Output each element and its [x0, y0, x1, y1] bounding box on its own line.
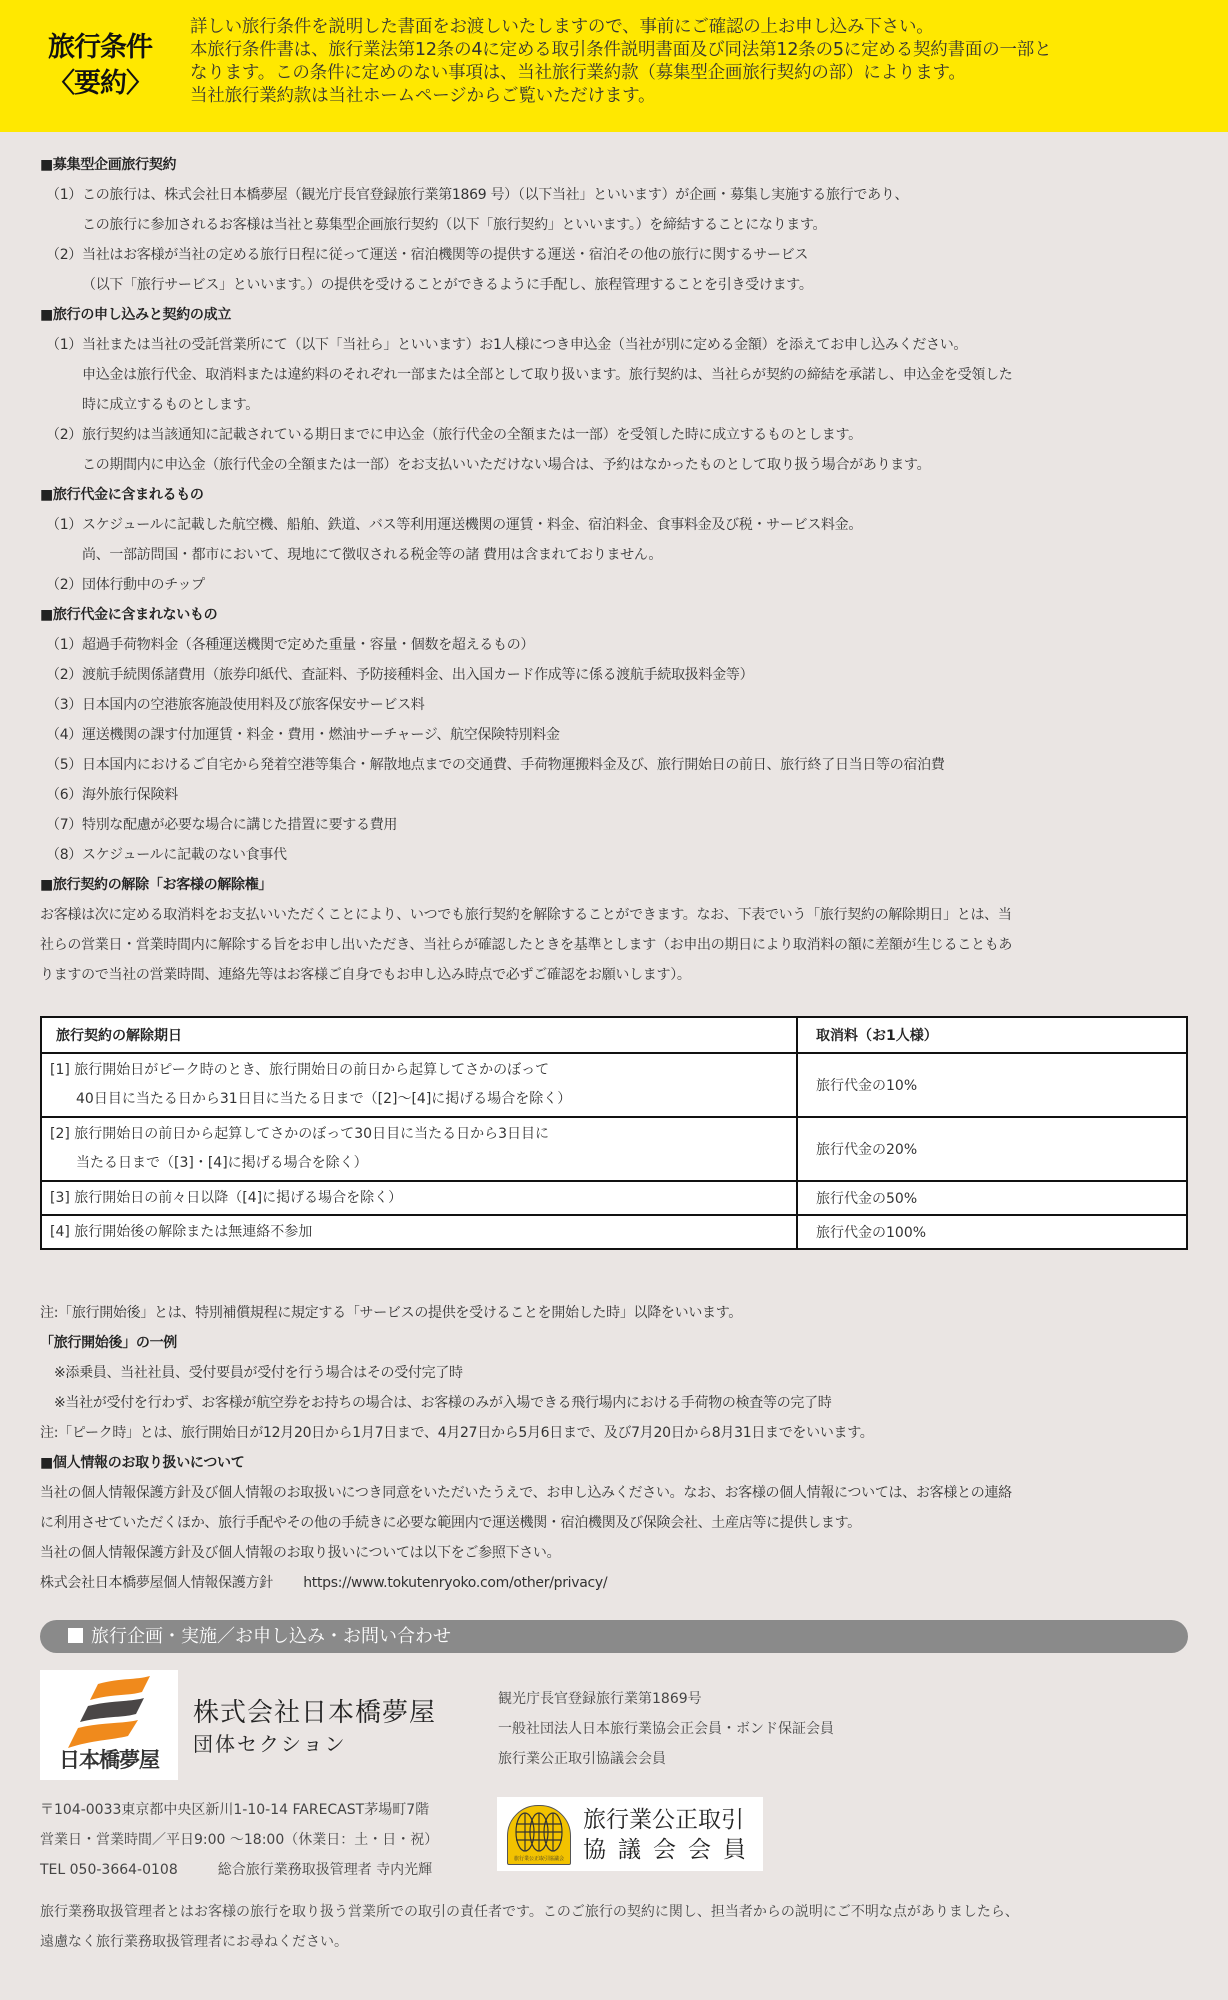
intro-line: 当社旅行業約款は当社ホームページからご覧いただけます。 — [190, 85, 1210, 108]
fee-cell: 旅行代金の100% — [797, 1215, 1187, 1249]
period-text: [3] 旅行開始日の前々日以降（[4]に掲げる場合を除く） — [50, 1184, 788, 1213]
table-row: [4] 旅行開始後の解除または無連絡不参加 旅行代金の100% — [41, 1215, 1187, 1249]
example-item: ※添乗員、当社社員、受付要員が受付を行う場合はその受付完了時 — [40, 1358, 1190, 1388]
terms-content: ■募集型企画旅行契約 （1）この旅行は、株式会社日本橋夢屋（観光庁長官登録旅行業… — [40, 150, 1190, 990]
clause-line: （2）団体行動中のチップ — [40, 570, 1190, 600]
fair-trade-council-badge: 旅行業公正取引協議会 旅行業公正取引 協議会会員 — [497, 1797, 763, 1871]
logo-wordmark: 日本橋夢屋 — [40, 1744, 178, 1774]
section-heading: ■個人情報のお取り扱いについて — [40, 1448, 1190, 1478]
section-not-included: ■旅行代金に含まれないもの （1）超過手荷物料金（各種運送機関で定めた重量・容量… — [40, 600, 1190, 870]
contact-info: 〒104-0033東京都中央区新川1-10-14 FARECAST茅場町7階 営… — [40, 1795, 438, 1885]
membership-item: 旅行業公正取引協議会会員 — [498, 1744, 834, 1774]
fee-cell: 旅行代金の10% — [797, 1053, 1187, 1117]
badge-line-2: 協議会会員 — [583, 1835, 758, 1865]
section-heading: ■旅行の申し込みと契約の成立 — [40, 300, 1190, 330]
section-heading: ■旅行代金に含まれないもの — [40, 600, 1190, 630]
business-hours: 営業日・営業時間／平日9:00 ～18:00（休業日：土・日・祝） — [40, 1825, 438, 1855]
column-header-fee: 取消料（お1人様） — [797, 1017, 1187, 1053]
period-text: [4] 旅行開始後の解除または無連絡不参加 — [50, 1218, 788, 1247]
table-row: [3] 旅行開始日の前々日以降（[4]に掲げる場合を除く） 旅行代金の50% — [41, 1181, 1187, 1215]
paragraph-line: 当社の個人情報保護方針及び個人情報のお取扱いにつき同意をいただいたうえで、お申し… — [40, 1478, 1190, 1508]
column-header-period: 旅行契約の解除期日 — [41, 1017, 797, 1053]
notes-section: 注:「旅行開始後」とは、特別補償規程に規定する「サービスの提供を受けることを開始… — [40, 1298, 1190, 1598]
clause-line: （1）この旅行は、株式会社日本橋夢屋（観光庁長官登録旅行業第1869 号）（以下… — [40, 180, 1190, 210]
company-logo: 日本橋夢屋 — [40, 1670, 178, 1780]
footer-note-line: 遠慮なく旅行業務取扱管理者にお尋ねください。 — [40, 1927, 1019, 1957]
paragraph-line: 当社の個人情報保護方針及び個人情報のお取り扱いについては以下をご参照下さい。 — [40, 1538, 1190, 1568]
clause-line: （1）当社または当社の受託営業所にて（以下「当社ら」といいます）お1人様につき申… — [40, 330, 1190, 360]
fee-cell: 旅行代金の50% — [797, 1181, 1187, 1215]
section-included: ■旅行代金に含まれるもの （1）スケジュールに記載した航空機、船舶、鉄道、バス等… — [40, 480, 1190, 600]
section-contract: ■募集型企画旅行契約 （1）この旅行は、株式会社日本橋夢屋（観光庁長官登録旅行業… — [40, 150, 1190, 300]
travel-manager: 総合旅行業務取扱管理者 寺内光輝 — [218, 1862, 432, 1878]
header-banner: 旅行条件 〈要約〉 詳しい旅行条件を説明した書面をお渡しいたしますので、事前にご… — [0, 0, 1228, 132]
list-item: （8）スケジュールに記載のない食事代 — [40, 840, 1190, 870]
clause-line: （2）旅行契約は当該通知に記載されている期日までに申込金（旅行代金の全額または一… — [40, 420, 1190, 450]
section-heading: ■旅行代金に含まれるもの — [40, 480, 1190, 510]
membership-item: 観光庁長官登録旅行業第1869号 — [498, 1684, 834, 1714]
period-text: [1] 旅行開始日がピーク時のとき、旅行開始日の前日から起算してさかのぼって — [50, 1056, 788, 1085]
clause-line: 尚、一部訪問国・都市において、現地にて徴収される税金等の諸 費用は含まれておりま… — [40, 540, 1190, 570]
example-item: ※当社が受付を行わず、お客様が航空券をお持ちの場合は、お客様のみが入場できる飛行… — [40, 1388, 1190, 1418]
globes-icon — [508, 1810, 570, 1854]
page-title: 旅行条件 〈要約〉 — [30, 30, 170, 102]
list-item: （1）超過手荷物料金（各種運送機関で定めた重量・容量・個数を超えるもの） — [40, 630, 1190, 660]
period-cell: [2] 旅行開始日の前日から起算してさかのぼって30日目に当たる日から3日目に … — [41, 1117, 797, 1181]
header-intro: 詳しい旅行条件を説明した書面をお渡しいたしますので、事前にご確認の上お申し込み下… — [190, 16, 1210, 108]
paragraph-line: 社らの営業日・営業時間内に解除する旨をお申し出いただき、当社らが確認したときを基… — [40, 930, 1190, 960]
period-text: 当たる日まで（[3]・[4]に掲げる場合を除く） — [50, 1149, 788, 1178]
clause-line: （以下「旅行サービス」といいます。）の提供を受けることができるように手配し、旅程… — [40, 270, 1190, 300]
period-text: [2] 旅行開始日の前日から起算してさかのぼって30日目に当たる日から3日目に — [50, 1120, 788, 1149]
footer-note: 旅行業務取扱管理者とはお客様の旅行を取り扱う営業所での取引の責任者です。このご旅… — [40, 1897, 1019, 1957]
paragraph-line: りますので当社の営業時間、連絡先等はお客様ご自身でもお申し込み時点で必ずご確認を… — [40, 960, 1190, 990]
list-item: （6）海外旅行保険料 — [40, 780, 1190, 810]
section-cancellation: ■旅行契約の解除「お客様の解除権」 お客様は次に定める取消料をお支払いいただくこ… — [40, 870, 1190, 990]
list-item: （2）渡航手続関係諸費用（旅券印紙代、査証料、予防接種料金、出入国カード作成等に… — [40, 660, 1190, 690]
address: 〒104-0033東京都中央区新川1-10-14 FARECAST茅場町7階 — [40, 1795, 438, 1825]
cancellation-fee-table: 旅行契約の解除期日 取消料（お1人様） [1] 旅行開始日がピーク時のとき、旅行… — [40, 1016, 1188, 1250]
privacy-policy-line: 株式会社日本橋夢屋個人情報保護方針 https://www.tokutenryo… — [40, 1568, 1190, 1598]
section-application: ■旅行の申し込みと契約の成立 （1）当社または当社の受託営業所にて（以下「当社ら… — [40, 300, 1190, 480]
list-item: （4）運送機関の課す付加運賃・料金・費用・燃油サーチャージ、航空保険特別料金 — [40, 720, 1190, 750]
clause-line: （2）当社はお客様が当社の定める旅行日程に従って運送・宿泊機関等の提供する運送・… — [40, 240, 1190, 270]
badge-text: 旅行業公正取引 協議会会員 — [583, 1805, 758, 1865]
company-name: 株式会社日本橋夢屋 — [193, 1692, 436, 1729]
period-cell: [3] 旅行開始日の前々日以降（[4]に掲げる場合を除く） — [41, 1181, 797, 1215]
section-heading: ■募集型企画旅行契約 — [40, 150, 1190, 180]
emblem-label: 旅行業公正取引協議会 — [510, 1855, 568, 1862]
note-travel-start: 注:「旅行開始後」とは、特別補償規程に規定する「サービスの提供を受けることを開始… — [40, 1298, 1190, 1328]
badge-line-1: 旅行業公正取引 — [583, 1805, 758, 1835]
clause-line: （1）スケジュールに記載した航空機、船舶、鉄道、バス等利用運送機関の運賃・料金、… — [40, 510, 1190, 540]
list-item: （5）日本国内におけるご自宅から発着空港等集合・解散地点までの交通費、手荷物運搬… — [40, 750, 1190, 780]
clause-line: この期間内に申込金（旅行代金の全額または一部）をお支払いいただけない場合は、予約… — [40, 450, 1190, 480]
intro-line: なります。この条件に定めのない事項は、当社旅行業約款（募集型企画旅行契約の部）に… — [190, 62, 1210, 85]
paragraph-line: お客様は次に定める取消料をお支払いいただくことにより、いつでも旅行契約を解除する… — [40, 900, 1190, 930]
clause-line: この旅行に参加されるお客様は当社と募集型企画旅行契約（以下「旅行契約」といいます… — [40, 210, 1190, 240]
clause-line: 申込金は旅行代金、取消料または違約料のそれぞれ一部または全部として取り扱います。… — [40, 360, 1190, 390]
list-item: （3）日本国内の空港旅客施設使用料及び旅客保安サービス料 — [40, 690, 1190, 720]
table-row: [2] 旅行開始日の前日から起算してさかのぼって30日目に当たる日から3日目に … — [41, 1117, 1187, 1181]
logo-wave-icon — [40, 1674, 178, 1754]
contact-banner: 旅行企画・実施／お申し込み・お問い合わせ — [40, 1620, 1188, 1653]
privacy-policy-label: 株式会社日本橋夢屋個人情報保護方針 — [40, 1575, 273, 1591]
section-heading: ■旅行契約の解除「お客様の解除権」 — [40, 870, 1190, 900]
company-section: 団体セクション — [193, 1728, 347, 1757]
fee-cell: 旅行代金の20% — [797, 1117, 1187, 1181]
list-item: （7）特別な配慮が必要な場合に講じた措置に要する費用 — [40, 810, 1190, 840]
period-cell: [4] 旅行開始後の解除または無連絡不参加 — [41, 1215, 797, 1249]
privacy-policy-link[interactable]: https://www.tokutenryoko.com/other/priva… — [303, 1575, 607, 1591]
footer-note-line: 旅行業務取扱管理者とはお客様の旅行を取り扱う営業所での取引の責任者です。このご旅… — [40, 1897, 1019, 1927]
example-heading: 「旅行開始後」の一例 — [40, 1328, 1190, 1358]
phone-number[interactable]: TEL 050-3664-0108 — [40, 1862, 178, 1878]
clause-line: 時に成立するものとします。 — [40, 390, 1190, 420]
table-header-row: 旅行契約の解除期日 取消料（お1人様） — [41, 1017, 1187, 1053]
membership-item: 一般社団法人日本旅行業協会正会員・ボンド保証会員 — [498, 1714, 834, 1744]
title-line-2: 〈要約〉 — [30, 66, 170, 102]
intro-line: 詳しい旅行条件を説明した書面をお渡しいたしますので、事前にご確認の上お申し込み下… — [190, 16, 1210, 39]
intro-line: 本旅行条件書は、旅行業法第12条の4に定める取引条件説明書面及び同法第12条の5… — [190, 39, 1210, 62]
period-text: 40日目に当たる日から31日目に当たる日まで（[2]～[4]に掲げる場合を除く） — [50, 1085, 788, 1114]
note-peak: 注:「ピーク時」とは、旅行開始日が12月20日から1月7日まで、4月27日から5… — [40, 1418, 1190, 1448]
title-line-1: 旅行条件 — [30, 30, 170, 66]
membership-list: 観光庁長官登録旅行業第1869号 一般社団法人日本旅行業協会正会員・ボンド保証会… — [498, 1684, 834, 1774]
paragraph-line: に利用させていただくほか、旅行手配やその他の手続きに必要な範囲内で運送機関・宿泊… — [40, 1508, 1190, 1538]
table-row: [1] 旅行開始日がピーク時のとき、旅行開始日の前日から起算してさかのぼって 4… — [41, 1053, 1187, 1117]
tel-line: TEL 050-3664-0108総合旅行業務取扱管理者 寺内光輝 — [40, 1855, 438, 1885]
period-cell: [1] 旅行開始日がピーク時のとき、旅行開始日の前日から起算してさかのぼって 4… — [41, 1053, 797, 1117]
square-bullet-icon — [68, 1628, 83, 1643]
globe-emblem-icon: 旅行業公正取引協議会 — [507, 1805, 571, 1865]
banner-label: 旅行企画・実施／お申し込み・お問い合わせ — [91, 1626, 451, 1647]
